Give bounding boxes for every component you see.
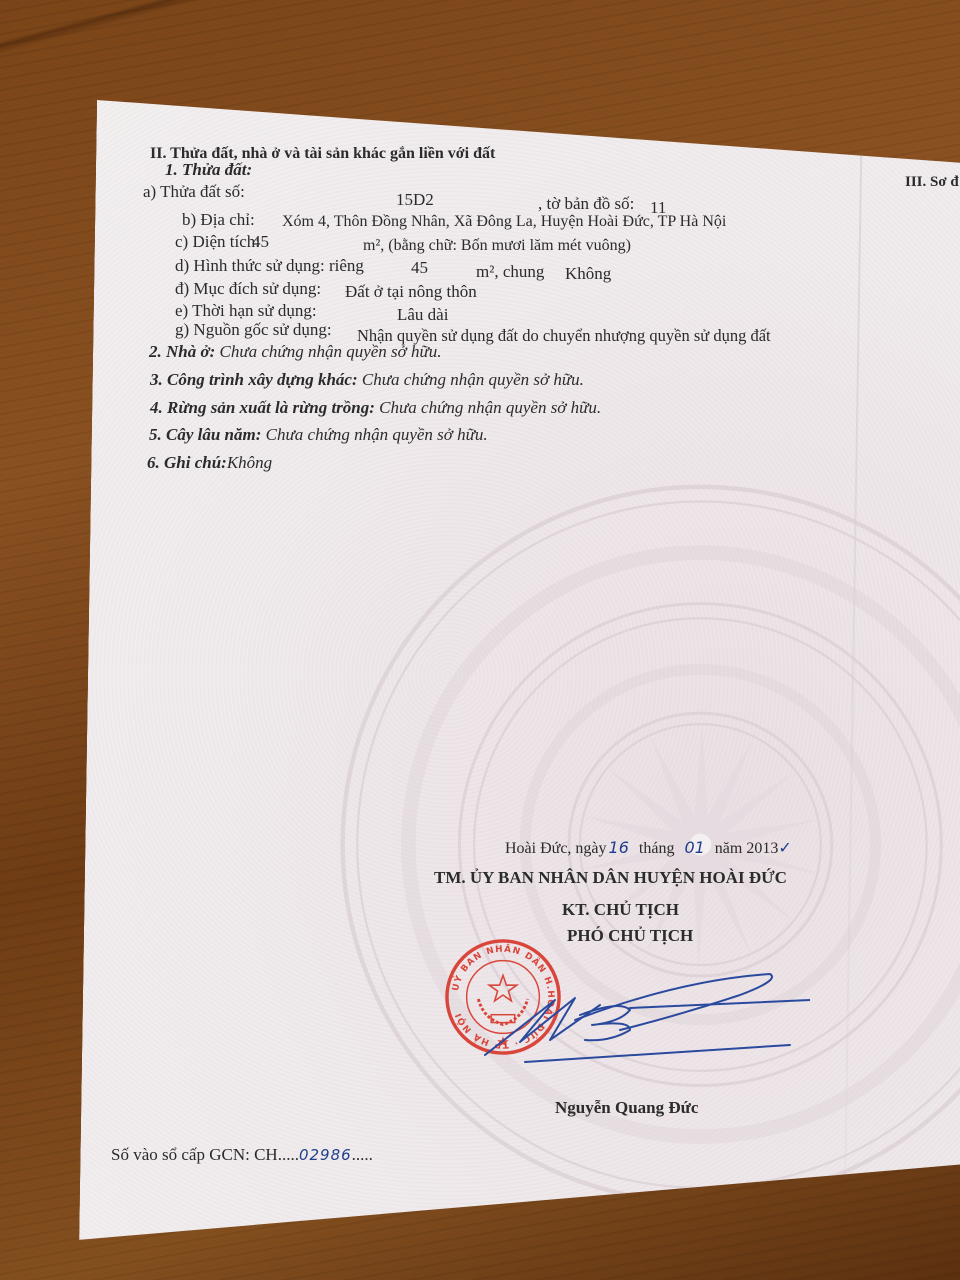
item-notes-label: 6. Ghi chú: [147,453,227,472]
item-house-label: 2. Nhà ở: [149,342,215,361]
term-label: e) Thời hạn sử dụng: [175,301,317,321]
term-value: Lâu dài [397,305,448,325]
address-value: Xóm 4, Thôn Đồng Nhân, Xã Đông La, Huyện… [282,212,726,232]
item-perennial-trees-value: Chưa chứng nhận quyền sở hữu. [266,425,488,444]
place-date-prefix: Hoài Đức, ngày [505,840,607,857]
year-label: năm [715,840,743,857]
item-notes: 6. Ghi chú:Không [147,453,272,473]
item-house-value: Chưa chứng nhận quyền sở hữu. [220,342,442,361]
item-other-construction-label: 3. Công trình xây dựng khác: [150,370,358,389]
item-forest-label: 4. Rừng sản xuất là rừng trồng: [150,398,375,417]
purpose-value: Đất ở tại nông thôn [345,282,477,302]
address-label: b) Địa chỉ: [182,210,255,230]
usage-shared-label: m², chung [476,262,544,282]
area-in-words: m², (bằng chữ: Bốn mươi lăm mét vuông) [363,236,631,256]
year-pen-mark: ✓ [778,838,791,857]
area-label: c) Diện tích: [175,232,260,252]
parcel-label: a) Thửa đất số: [143,182,245,202]
registry-handwritten-number: 02986 [299,1146,352,1164]
usage-form-label: d) Hình thức sử dụng: riêng [175,256,364,276]
item-other-construction: 3. Công trình xây dựng khác: Chưa chứng … [150,370,584,390]
item-other-construction-value: Chưa chứng nhận quyền sở hữu. [362,370,584,389]
item-forest: 4. Rừng sản xuất là rừng trồng: Chưa chứ… [150,398,601,418]
item-forest-value: Chưa chứng nhận quyền sở hữu. [379,398,601,417]
place-date: Hoài Đức, ngày16 tháng 01 năm 2013✓ [505,838,792,859]
signer-title-1: KT. CHỦ TỊCH [562,900,679,920]
month-label: tháng [639,840,675,857]
authority: TM. ỦY BAN NHÂN DÂN HUYỆN HOÀI ĐỨC [434,868,787,888]
item-notes-value: Không [227,453,272,472]
origin-label: g) Nguồn gốc sử dụng: [175,320,332,340]
year: 2013 [746,840,778,857]
signature [480,960,810,1070]
month-handwritten: 01 [684,838,704,857]
land-heading: 1. Thửa đất: [165,160,252,180]
right-section-title: III. Sơ đ [905,172,959,192]
purpose-label: đ) Mục đích sử dụng: [175,279,321,299]
parcel-number: 15D2 [396,190,434,210]
signer-name: Nguyễn Quang Đức [555,1098,698,1118]
registry-suffix: ..... [352,1145,373,1164]
usage-private-value: 45 [411,258,428,278]
signer-title-2: PHÓ CHỦ TỊCH [567,926,693,946]
item-perennial-trees: 5. Cây lâu năm: Chưa chứng nhận quyền sở… [149,425,488,445]
document-content: II. Thửa đất, nhà ở và tài sản khác gắn … [0,0,960,1280]
usage-shared-value: Không [565,264,611,284]
item-perennial-trees-label: 5. Cây lâu năm: [149,425,261,444]
map-sheet-label: , tờ bản đồ số: [538,194,634,214]
registry-label: Số vào sổ cấp GCN: CH..... [111,1145,299,1164]
day-handwritten: 16 [609,838,629,857]
area-value: 45 [252,232,269,252]
item-house: 2. Nhà ở: Chưa chứng nhận quyền sở hữu. [149,342,442,362]
registry-number: Số vào sổ cấp GCN: CH.....02986..... [111,1145,373,1165]
